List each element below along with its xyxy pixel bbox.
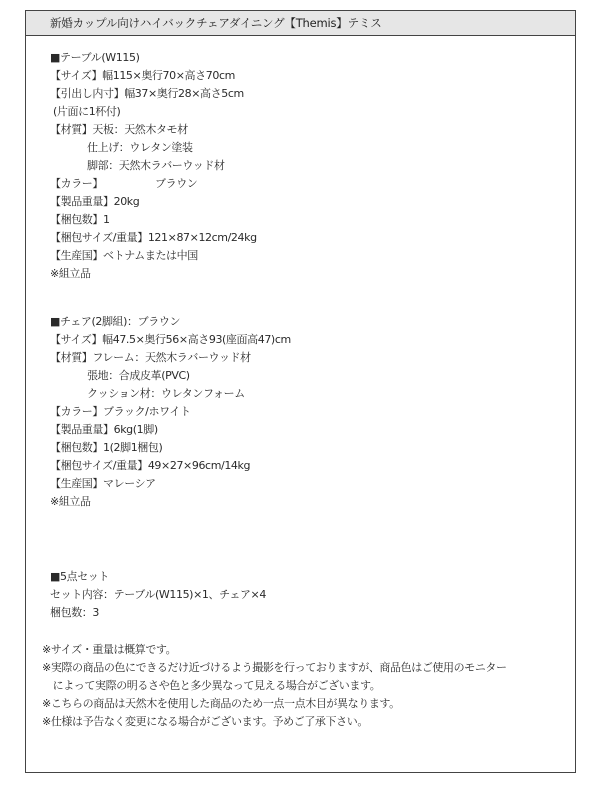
note-line: ※サイズ・重量は概算です。 (42, 643, 176, 657)
table-origin: 【生産国】ベトナムまたは中国 (50, 249, 198, 263)
spec-header: 新婚カップル向けハイバックチェアダイニング【Themis】テミス (26, 11, 575, 36)
chair-color: 【カラー】ブラック/ホワイト (50, 405, 191, 419)
chair-material-upholstery: 張地：合成皮革(PVC) (87, 369, 190, 383)
chair-material-cushion: クッション材：ウレタンフォーム (87, 387, 245, 401)
table-color-value: ブラウン (155, 177, 197, 191)
note-line: ※仕様は予告なく変更になる場合がございます。予めご了承下さい。 (42, 715, 368, 729)
chair-package-size: 【梱包サイズ/重量】49×27×96cm/14kg (50, 459, 250, 473)
table-material-finish: 仕上げ：ウレタン塗装 (87, 141, 193, 155)
table-size: 【サイズ】幅115×奥行70×高さ70cm (50, 69, 235, 83)
table-packages: 【梱包数】1 (50, 213, 110, 227)
table-heading: ■テーブル(W115) (50, 51, 139, 65)
note-line: ※実際の商品の色にできるだけ近づけるよう撮影を行っておりますが、商品色はご使用の… (42, 661, 507, 675)
table-material-legs: 脚部：天然木ラバーウッド材 (87, 159, 225, 173)
note-line: によって実際の明るさや色と多少異なって見える場合がございます。 (42, 679, 380, 693)
set-packages: 梱包数：3 (50, 606, 99, 620)
set-heading: ■5点セット (50, 570, 109, 584)
chair-packages: 【梱包数】1(2脚1梱包) (50, 441, 162, 455)
chair-material-frame: 【材質】フレーム：天然木ラバーウッド材 (50, 351, 251, 365)
set-contents: セット内容：テーブル(W115)×1、チェア×4 (50, 588, 266, 602)
spec-panel: 新婚カップル向けハイバックチェアダイニング【Themis】テミス ■テーブル(W… (25, 10, 576, 773)
note-line: ※こちらの商品は天然木を使用した商品のため一点一点木目が異なります。 (42, 697, 400, 711)
chair-size: 【サイズ】幅47.5×奥行56×高さ93(座面高47)cm (50, 333, 291, 347)
table-package-size: 【梱包サイズ/重量】121×87×12cm/24kg (50, 231, 257, 245)
chair-weight: 【製品重量】6kg(1脚) (50, 423, 158, 437)
table-drawer-size: 【引出し内寸】幅37×奥行28×高さ5cm (50, 87, 244, 101)
chair-heading: ■チェア(2脚組)：ブラウン (50, 315, 180, 329)
product-title: 新婚カップル向けハイバックチェアダイニング【Themis】テミス (50, 15, 382, 31)
table-weight: 【製品重量】20kg (50, 195, 139, 209)
table-drawer-note: (片面に1杯付) (53, 105, 120, 119)
table-material-top: 【材質】天板：天然木タモ材 (50, 123, 188, 137)
chair-origin: 【生産国】マレーシア (50, 477, 156, 491)
table-assembly-note: ※組立品 (50, 267, 91, 281)
chair-assembly-note: ※組立品 (50, 495, 91, 509)
table-color-label: 【カラー】 (50, 177, 103, 191)
